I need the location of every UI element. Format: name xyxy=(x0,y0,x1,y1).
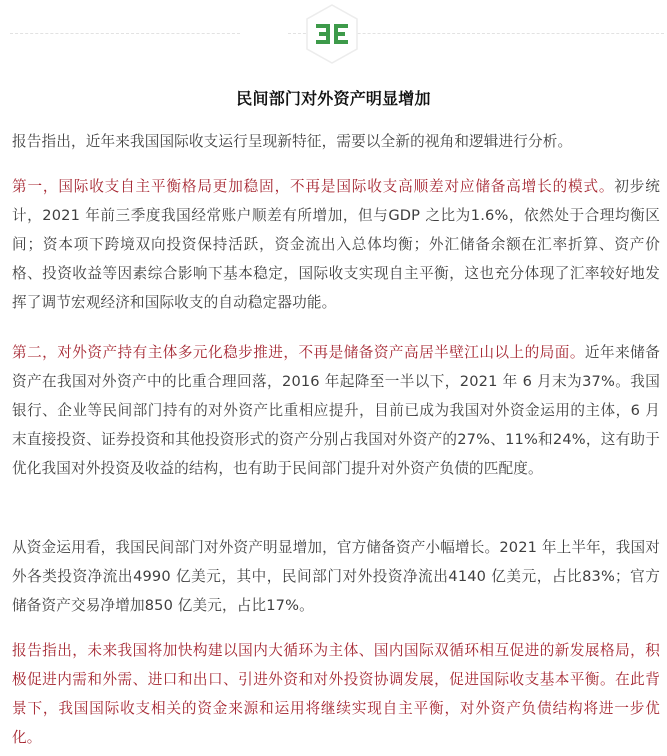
paragraph-conclusion: 报告指出，未来我国将加快构建以国内大循环为主体、国内国际双循环相互促进的新发展格… xyxy=(12,636,660,752)
paragraph-first-point: 第一，国际收支自主平衡格局更加稳固，不再是国际收支高顺差对应储备高增长的模式。初… xyxy=(12,172,660,317)
article-title: 民间部门对外资产明显增加 xyxy=(0,86,667,109)
paragraph-text: 初步统计，2021 年前三季度我国经常账户顺差有所增加，但与GDP 之比为1.6… xyxy=(12,178,660,311)
paragraph-text: 从资金运用看，我国民间部门对外资产明显增加，官方储备资产小幅增长。2021 年上… xyxy=(12,539,660,614)
paragraph-fund-usage: 从资金运用看，我国民间部门对外资产明显增加，官方储备资产小幅增长。2021 年上… xyxy=(12,533,660,620)
paragraph-second-point: 第二，对外资产持有主体多元化稳步推进，不再是储备资产高居半壁江山以上的局面。近年… xyxy=(12,338,660,483)
article-header xyxy=(0,0,667,66)
highlight-text: 第一，国际收支自主平衡格局更加稳固，不再是国际收支高顺差对应储备高增长的模式。 xyxy=(12,178,614,195)
highlight-text: 报告指出，未来我国将加快构建以国内大循环为主体、国内国际双循环相互促进的新发展格… xyxy=(12,642,660,746)
paragraph-text: 近年来储备资产在我国对外资产中的比重合理回落，2016 年起降至一半以下，202… xyxy=(12,344,660,477)
highlight-text: 第二，对外资产持有主体多元化稳步推进，不再是储备资产高居半壁江山以上的局面。 xyxy=(12,344,585,361)
paragraph-text: 报告指出，近年来我国国际收支运行呈现新特征，需要以全新的视角和逻辑进行分析。 xyxy=(12,133,572,150)
divider-left xyxy=(10,33,240,34)
logo-icon xyxy=(304,3,360,65)
paragraph-intro: 报告指出，近年来我国国际收支运行呈现新特征，需要以全新的视角和逻辑进行分析。 xyxy=(12,127,660,156)
